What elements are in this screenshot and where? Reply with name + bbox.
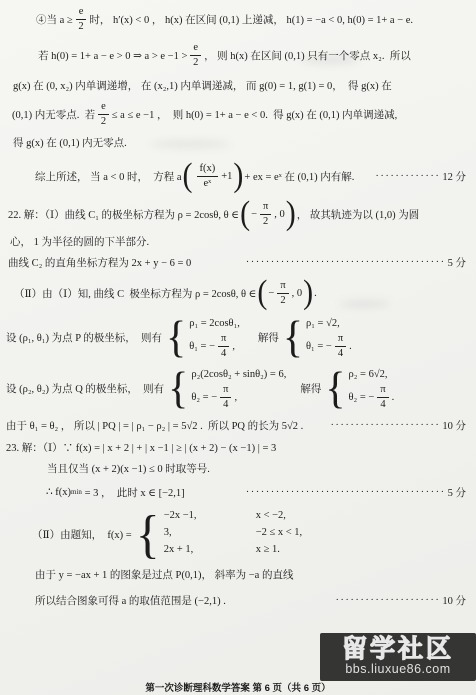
- q23-part2-piecewise: （Ⅱ）由题知， f(x) = { −2x −1, x < −2, 3, −2 ≤…: [6, 509, 466, 559]
- equation-system-q-solved: { ρ₂ = 6√2, θ₂ = − π 4 .: [325, 367, 394, 410]
- q22-part1-line2: 心， 1 为半径的圆的下半部分.: [6, 232, 466, 250]
- min-subscript: min: [71, 488, 82, 496]
- text: g(x) 在 (0, x₂) 内单调递增， 在 (x₂,1) 内单调递减， 而 …: [13, 78, 392, 93]
- fraction-pi-over-2: π 2: [277, 280, 288, 306]
- q21-case4-line1: ④当 a ≥ e 2 时， h′(x) < 0 ， h(x) 在区间 (0,1)…: [6, 6, 466, 32]
- text: .: [314, 288, 317, 299]
- left-brace: {: [168, 367, 188, 411]
- text: ， 故其轨迹为以 (1,0) 为圆: [297, 207, 420, 222]
- text: +1: [221, 171, 232, 182]
- text: 所以结合图象可得 a 的取值范围是 (−2,1) .: [35, 593, 226, 608]
- right-paren: ): [286, 197, 296, 231]
- dot-leader: ········································: [246, 487, 446, 498]
- fraction-e-over-2: e 2: [98, 101, 109, 127]
- text: 综上所述， 当 a < 0 时， 方程 a: [35, 169, 182, 184]
- score-5: 5 分: [448, 485, 466, 500]
- q21-case4-line4: (0,1) 内无零点. 若 e 2 ≤ a ≤ e −1 ， 则 h(0) = …: [6, 101, 466, 127]
- text: 设 (ρ₂, θ₂) 为点 Q 的极坐标， 则有: [6, 381, 164, 396]
- piecewise-row: 3, −2 ≤ x < 1,: [164, 527, 302, 542]
- text: = 3 ， 此时 x ∈ [−2,1]: [82, 485, 185, 500]
- text: ≤ a ≤ e −1 ， 则 h(0) = 1+ a − e < 0. 得 g(…: [112, 107, 398, 122]
- system-row: θ₂ = − π 4 ,: [191, 384, 286, 410]
- page-footer: 第一次诊断理科数学答案 第 6 页（共 6 页）: [0, 680, 476, 694]
- right-paren: ): [303, 276, 313, 310]
- piecewise-function: { −2x −1, x < −2, 3, −2 ≤ x < 1, 2x + 1,…: [136, 509, 302, 559]
- text: + ex = eˣ 在 (0,1) 内有解.: [244, 169, 354, 184]
- text: 得 g(x) 在 (0,1) 内无零点.: [13, 135, 127, 150]
- q23-part1-line2: 当且仅当 (x + 2)(x −1) ≤ 0 时取等号.: [6, 459, 466, 477]
- text: ∴ f(x): [46, 486, 71, 498]
- equation-system-q: { ρ₂(2cosθ₂ + sinθ₂) = 6, θ₂ = − π 4 ,: [168, 367, 286, 410]
- text: 由于 y = −ax + 1 的图象是过点 P(0,1)， 斜率为 −a 的直线: [35, 567, 293, 582]
- q21-case4-line5: 得 g(x) 在 (0,1) 内无零点.: [6, 133, 466, 151]
- fraction-fx-over-ex: f(x) eˣ: [197, 163, 219, 189]
- left-paren: (: [257, 276, 267, 310]
- piecewise-row: 2x + 1, x ≥ 1.: [164, 544, 302, 559]
- score-5: 5 分: [448, 255, 466, 270]
- fraction-pi-over-4: π 4: [335, 333, 346, 359]
- system-row: θ₁ = − π 4 .: [306, 333, 352, 359]
- text: 由于 θ₁ = θ₂ ， 所以 | PQ | = | ρ₁ − ρ₂ | = 5…: [6, 418, 303, 433]
- score-12: 12 分: [442, 169, 466, 184]
- q23-conclusion-line: 所以结合图象可得 a 的取值范围是 (−2,1) . ·············…: [6, 591, 466, 609]
- system-row: ρ₂ = 6√2,: [349, 367, 395, 381]
- system-row: θ₁ = − π 4 ,: [189, 333, 240, 359]
- text: 22. 解：（Ⅰ）曲线 C₁ 的极坐标方程为 ρ = 2cosθ, θ ∈: [8, 207, 239, 222]
- fraction-pi-over-2: π 2: [260, 201, 271, 227]
- equation-system-p: { ρ₁ = 2cosθ₁, θ₁ = − π 4 ,: [166, 316, 240, 359]
- left-paren: (: [183, 159, 193, 193]
- text: ， 则 h(x) 在区间 (0,1) 只有一个零点 x₂. 所以: [204, 48, 411, 63]
- q22-conclusion-line: 由于 θ₁ = θ₂ ， 所以 | PQ | = | ρ₁ − ρ₂ | = 5…: [6, 416, 466, 434]
- dot-leader: ······················: [330, 420, 440, 431]
- q23-part2-line2: 由于 y = −ax + 1 的图象是过点 P(0,1)， 斜率为 −a 的直线: [6, 565, 466, 583]
- text: （Ⅱ）由（Ⅰ）知, 曲线 C 极坐标方程为 ρ = 2cosθ, θ ∈: [14, 286, 256, 301]
- text: −: [268, 288, 274, 299]
- right-paren: ): [233, 159, 243, 193]
- q22-point-p-line: 设 (ρ₁, θ₁) 为点 P 的极坐标， 则有 { ρ₁ = 2cosθ₁, …: [6, 316, 466, 359]
- text: −: [251, 209, 257, 220]
- text: 若 h(0) = 1+ a − e > 0 ⇒ a > e −1 >: [38, 48, 187, 63]
- text: ④当 a ≥: [36, 12, 73, 27]
- system-row: ρ₁ = 2cosθ₁,: [189, 316, 240, 330]
- scanned-answer-page: ④当 a ≥ e 2 时， h′(x) < 0 ， h(x) 在区间 (0,1)…: [0, 0, 476, 609]
- text: 23. 解：（Ⅰ）∵ f(x) = | x + 2 | + | x −1 | ≥…: [6, 440, 276, 455]
- fraction-pi-over-4: π 4: [377, 384, 388, 410]
- equation-system-p-solved: { ρ₁ = √2, θ₁ = − π 4 .: [283, 316, 352, 359]
- left-brace: {: [166, 316, 186, 360]
- system-row: θ₂ = − π 4 .: [349, 384, 395, 410]
- q22-point-q-line: 设 (ρ₂, θ₂) 为点 Q 的极坐标， 则有 { ρ₂(2cosθ₂ + s…: [6, 367, 466, 410]
- left-brace: {: [283, 316, 303, 360]
- score-10: 10 分: [442, 593, 466, 608]
- text: 时， h′(x) < 0 ， h(x) 在区间 (0,1) 上递减， h(1) …: [89, 12, 413, 27]
- text: , 0: [274, 209, 285, 220]
- text: 设 (ρ₁, θ₁) 为点 P 的极坐标， 则有: [6, 330, 162, 345]
- text: （Ⅱ）由题知， f(x) =: [32, 527, 132, 542]
- system-row: ρ₁ = √2,: [306, 316, 352, 330]
- fraction-e-over-2: e 2: [190, 42, 201, 68]
- q22-part1-line1: 22. 解：（Ⅰ）曲线 C₁ 的极坐标方程为 ρ = 2cosθ, θ ∈ ( …: [6, 199, 466, 229]
- piecewise-row: −2x −1, x < −2,: [164, 510, 302, 525]
- dot-leader: ········································: [246, 257, 446, 268]
- text: 曲线 C₂ 的直角坐标方程为 2x + y − 6 = 0: [8, 255, 191, 270]
- dot-leader: ·············: [375, 171, 440, 182]
- score-10: 10 分: [442, 418, 466, 433]
- q23-part1-line1: 23. 解：（Ⅰ）∵ f(x) = | x + 2 | + | x −1 | ≥…: [6, 438, 466, 456]
- q22-part2-line1: （Ⅱ）由（Ⅰ）知, 曲线 C 极坐标方程为 ρ = 2cosθ, θ ∈ ( −…: [6, 278, 466, 308]
- q22-c2-line: 曲线 C₂ 的直角坐标方程为 2x + y − 6 = 0 ··········…: [6, 253, 466, 271]
- system-row: ρ₂(2cosθ₂ + sinθ₂) = 6,: [191, 367, 286, 381]
- fraction-pi-over-4: π 4: [220, 384, 231, 410]
- text: , 0: [292, 288, 303, 299]
- text: 当且仅当 (x + 2)(x −1) ≤ 0 时取等号.: [47, 461, 210, 476]
- dot-leader: ·····················: [335, 595, 440, 606]
- q21-case4-line2: 若 h(0) = 1+ a − e > 0 ⇒ a > e −1 > e 2 ，…: [6, 42, 466, 68]
- q23-part1-line3: ∴ f(x)min = 3 ， 此时 x ∈ [−2,1] ··········…: [6, 483, 466, 501]
- watermark-logo: 留学社区: [342, 637, 454, 662]
- left-brace: {: [136, 508, 160, 561]
- left-paren: (: [240, 197, 250, 231]
- site-watermark: 留学社区 bbs.liuxue86.com: [320, 633, 476, 681]
- q21-conclusion-line: 综上所述， 当 a < 0 时， 方程 a ( f(x) eˣ +1 ) + e…: [6, 161, 466, 191]
- text: (0,1) 内无零点. 若: [12, 107, 95, 122]
- watermark-url: bbs.liuxue86.com: [345, 662, 450, 677]
- fraction-e-over-2: e 2: [76, 6, 87, 32]
- left-brace: {: [325, 367, 345, 411]
- text: 心， 1 为半径的圆的下半部分.: [10, 234, 149, 249]
- text: 解得: [300, 381, 321, 396]
- fraction-pi-over-4: π 4: [218, 333, 229, 359]
- text: 解得: [258, 330, 279, 345]
- q21-case4-line3: g(x) 在 (0, x₂) 内单调递增， 在 (x₂,1) 内单调递减， 而 …: [6, 76, 466, 94]
